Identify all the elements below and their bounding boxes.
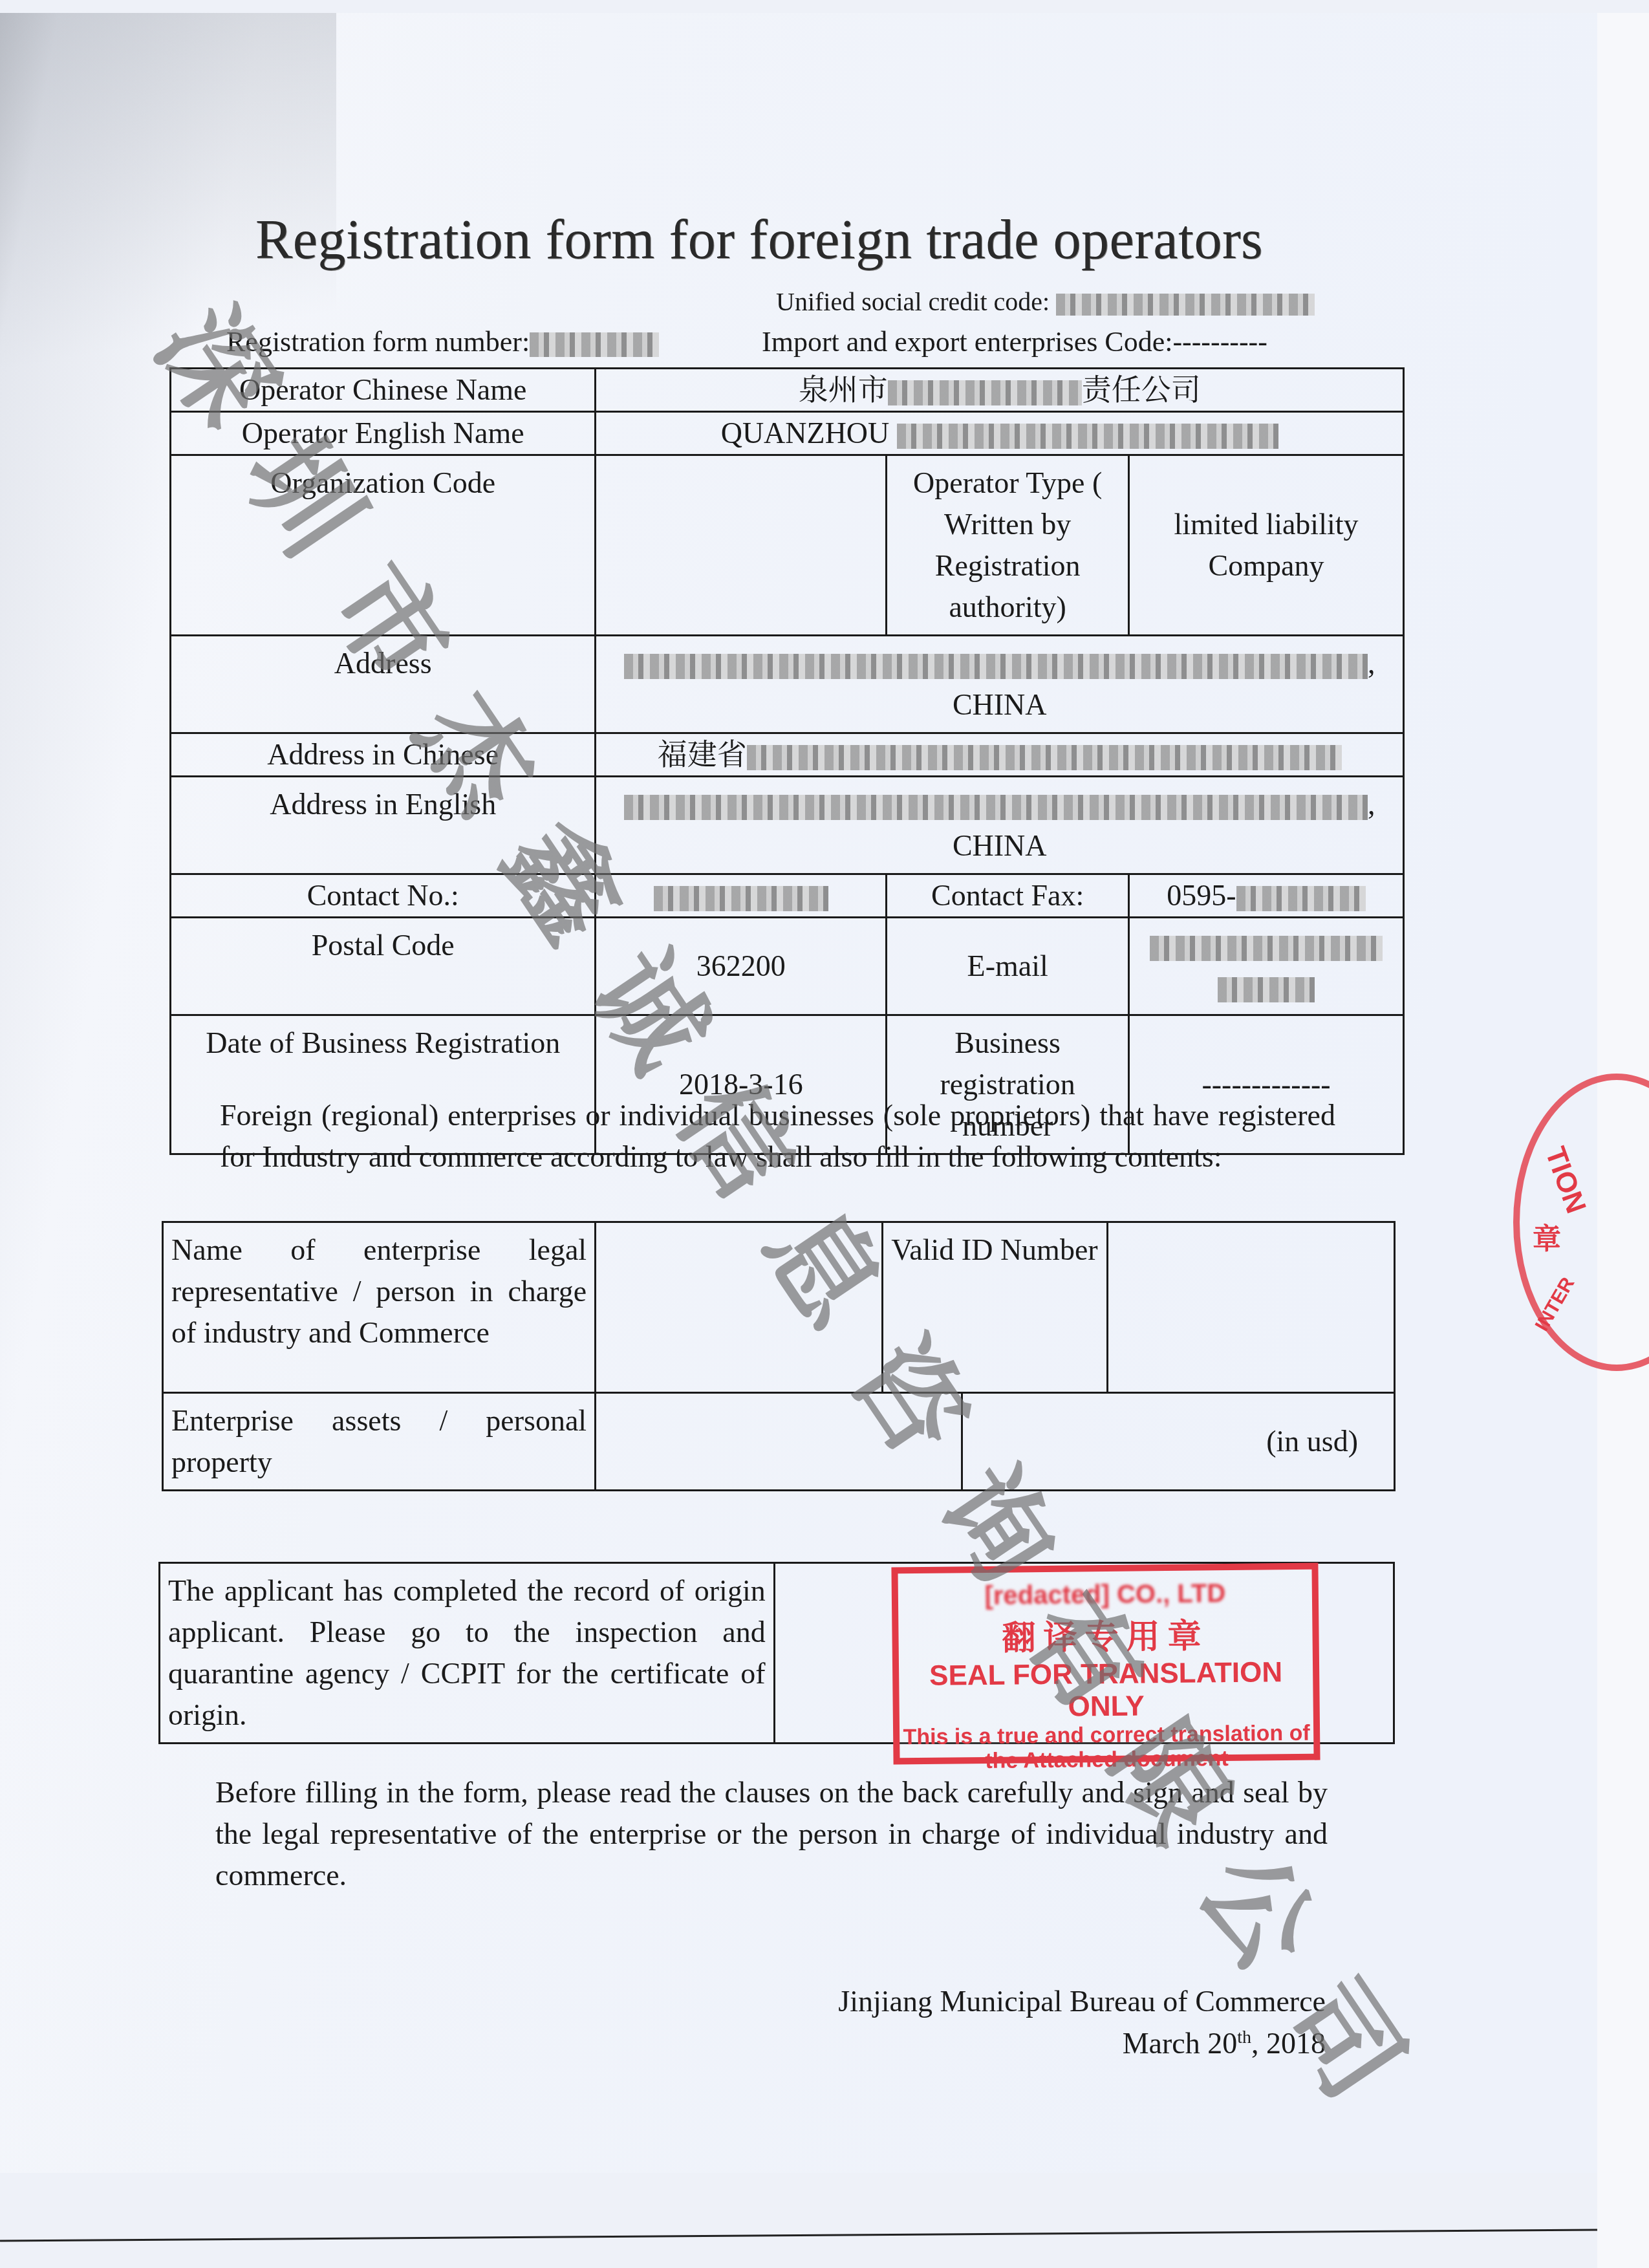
table-row: Address in Chinese 福建省 — [171, 733, 1404, 777]
address-chinese-redacted — [747, 745, 1342, 770]
address-chinese-value: 福建省 — [596, 733, 1404, 777]
seal-company-line: [redacted] CO., LTD — [898, 1579, 1312, 1612]
address-chinese-prefix: 福建省 — [658, 738, 747, 771]
table-row: Postal Code 362200 E-mail — [171, 918, 1404, 1015]
document-title: Registration form for foreign trade oper… — [255, 207, 1263, 272]
address-english-label: Address in English — [171, 777, 596, 874]
valid-id-value[interactable] — [1107, 1222, 1394, 1393]
registration-form-number-value-redacted — [530, 332, 659, 356]
enterprise-assets-label: Enterprise assets / personal property — [163, 1393, 596, 1491]
operator-info-table: Operator Chinese Name 泉州市责任公司 Operator E… — [169, 367, 1405, 1155]
round-seal-text-3: INTER — [1531, 1274, 1579, 1335]
address-english-value: , CHINA — [596, 777, 1404, 874]
import-export-code-line: Import and export enterprises Code:-----… — [762, 325, 1267, 358]
unified-credit-code-value-redacted — [1056, 294, 1315, 316]
table-row: Organization Code Operator Type ( Writte… — [171, 455, 1404, 636]
applicant-note: The applicant has completed the record o… — [160, 1563, 775, 1744]
table-row: Operator Chinese Name 泉州市责任公司 — [171, 369, 1404, 412]
registration-form-number-label: Registration form number: — [226, 326, 530, 358]
table-row: Operator English Name QUANZHOU — [171, 412, 1404, 455]
operator-english-name-value: QUANZHOU — [596, 412, 1404, 455]
contact-no-redacted — [654, 886, 828, 911]
operator-english-name-label: Operator English Name — [171, 412, 596, 455]
round-seal-text-2: 章 — [1533, 1216, 1561, 1257]
foreign-enterprise-table: Name of enterprise legal representative … — [162, 1221, 1396, 1491]
fax-prefix: 0595- — [1167, 879, 1236, 912]
contact-no-label: Contact No.: — [171, 874, 596, 918]
registration-form-number-line: Registration form number: — [226, 325, 659, 358]
operator-chinese-name-label: Operator Chinese Name — [171, 369, 596, 412]
email-redacted — [1150, 936, 1383, 961]
contact-no-value — [596, 874, 887, 918]
date-main: March 20 — [1123, 2027, 1238, 2060]
address-english-redacted — [624, 795, 1368, 820]
chinese-name-suffix: 责任公司 — [1082, 373, 1201, 406]
assets-currency-unit: (in usd) — [962, 1393, 1395, 1491]
seal-english-text: SEAL FOR TRANSLATION ONLY — [899, 1656, 1313, 1725]
seal-statement: This is a true and correct translation o… — [900, 1721, 1314, 1775]
organization-code-value — [596, 455, 887, 636]
page-bottom-edge — [0, 2229, 1597, 2241]
valid-id-label: Valid ID Number — [883, 1222, 1108, 1393]
contact-fax-value: 0595- — [1129, 874, 1404, 918]
email-redacted-2 — [1218, 977, 1315, 1002]
contact-fax-label: Contact Fax: — [887, 874, 1129, 918]
issue-date: March 20th, 2018 — [1123, 2026, 1326, 2060]
english-name-redacted — [897, 424, 1278, 449]
address-chinese-label: Address in Chinese — [171, 733, 596, 777]
translation-seal-stamp: [redacted] CO., LTD 翻译专用章 SEAL FOR TRANS… — [891, 1563, 1320, 1765]
table-row: Name of enterprise legal representative … — [163, 1222, 1395, 1393]
enterprise-assets-value[interactable] — [596, 1393, 962, 1491]
postal-code-value: 362200 — [596, 918, 887, 1015]
date-suffix: th — [1237, 2027, 1251, 2047]
legal-representative-label: Name of enterprise legal representative … — [163, 1222, 596, 1393]
date-year: , 2018 — [1251, 2027, 1326, 2060]
operator-chinese-name-value: 泉州市责任公司 — [596, 369, 1404, 412]
postal-code-label: Postal Code — [171, 918, 596, 1015]
table-row: Enterprise assets / personal property (i… — [163, 1393, 1395, 1491]
address-redacted — [624, 654, 1368, 679]
table-row: Contact No.: Contact Fax: 0595- — [171, 874, 1404, 918]
email-value — [1129, 918, 1404, 1015]
import-export-code-label: Import and export enterprises Code: — [762, 326, 1172, 358]
unified-credit-code-label: Unified social credit code: — [776, 287, 1050, 316]
table-row: Address , CHINA — [171, 636, 1404, 733]
table-row: Address in English , CHINA — [171, 777, 1404, 874]
seal-chinese-text: 翻译专用章 — [898, 1608, 1313, 1661]
organization-code-label: Organization Code — [171, 455, 596, 636]
round-seal-text-1: TION — [1538, 1143, 1592, 1218]
instructions-paragraph: Before filling in the form, please read … — [215, 1772, 1328, 1896]
email-label: E-mail — [887, 918, 1129, 1015]
issuer-name: Jinjiang Municipal Bureau of Commerce — [838, 1984, 1326, 2018]
operator-type-value: limited liability Company — [1129, 455, 1404, 636]
import-export-code-value: ---------- — [1172, 326, 1267, 358]
legal-representative-value[interactable] — [596, 1222, 883, 1393]
chinese-name-prefix: 泉州市 — [799, 373, 888, 406]
address-value: , CHINA — [596, 636, 1404, 733]
chinese-name-redacted — [888, 380, 1082, 405]
unified-credit-code-line: Unified social credit code: — [776, 286, 1315, 317]
operator-type-label: Operator Type ( Written by Registration … — [887, 455, 1129, 636]
foreign-enterprise-note: Foreign (regional) enterprises or indivi… — [220, 1095, 1335, 1178]
address-label: Address — [171, 636, 596, 733]
fax-redacted — [1236, 886, 1366, 911]
english-name-prefix: QUANZHOU — [721, 416, 890, 449]
